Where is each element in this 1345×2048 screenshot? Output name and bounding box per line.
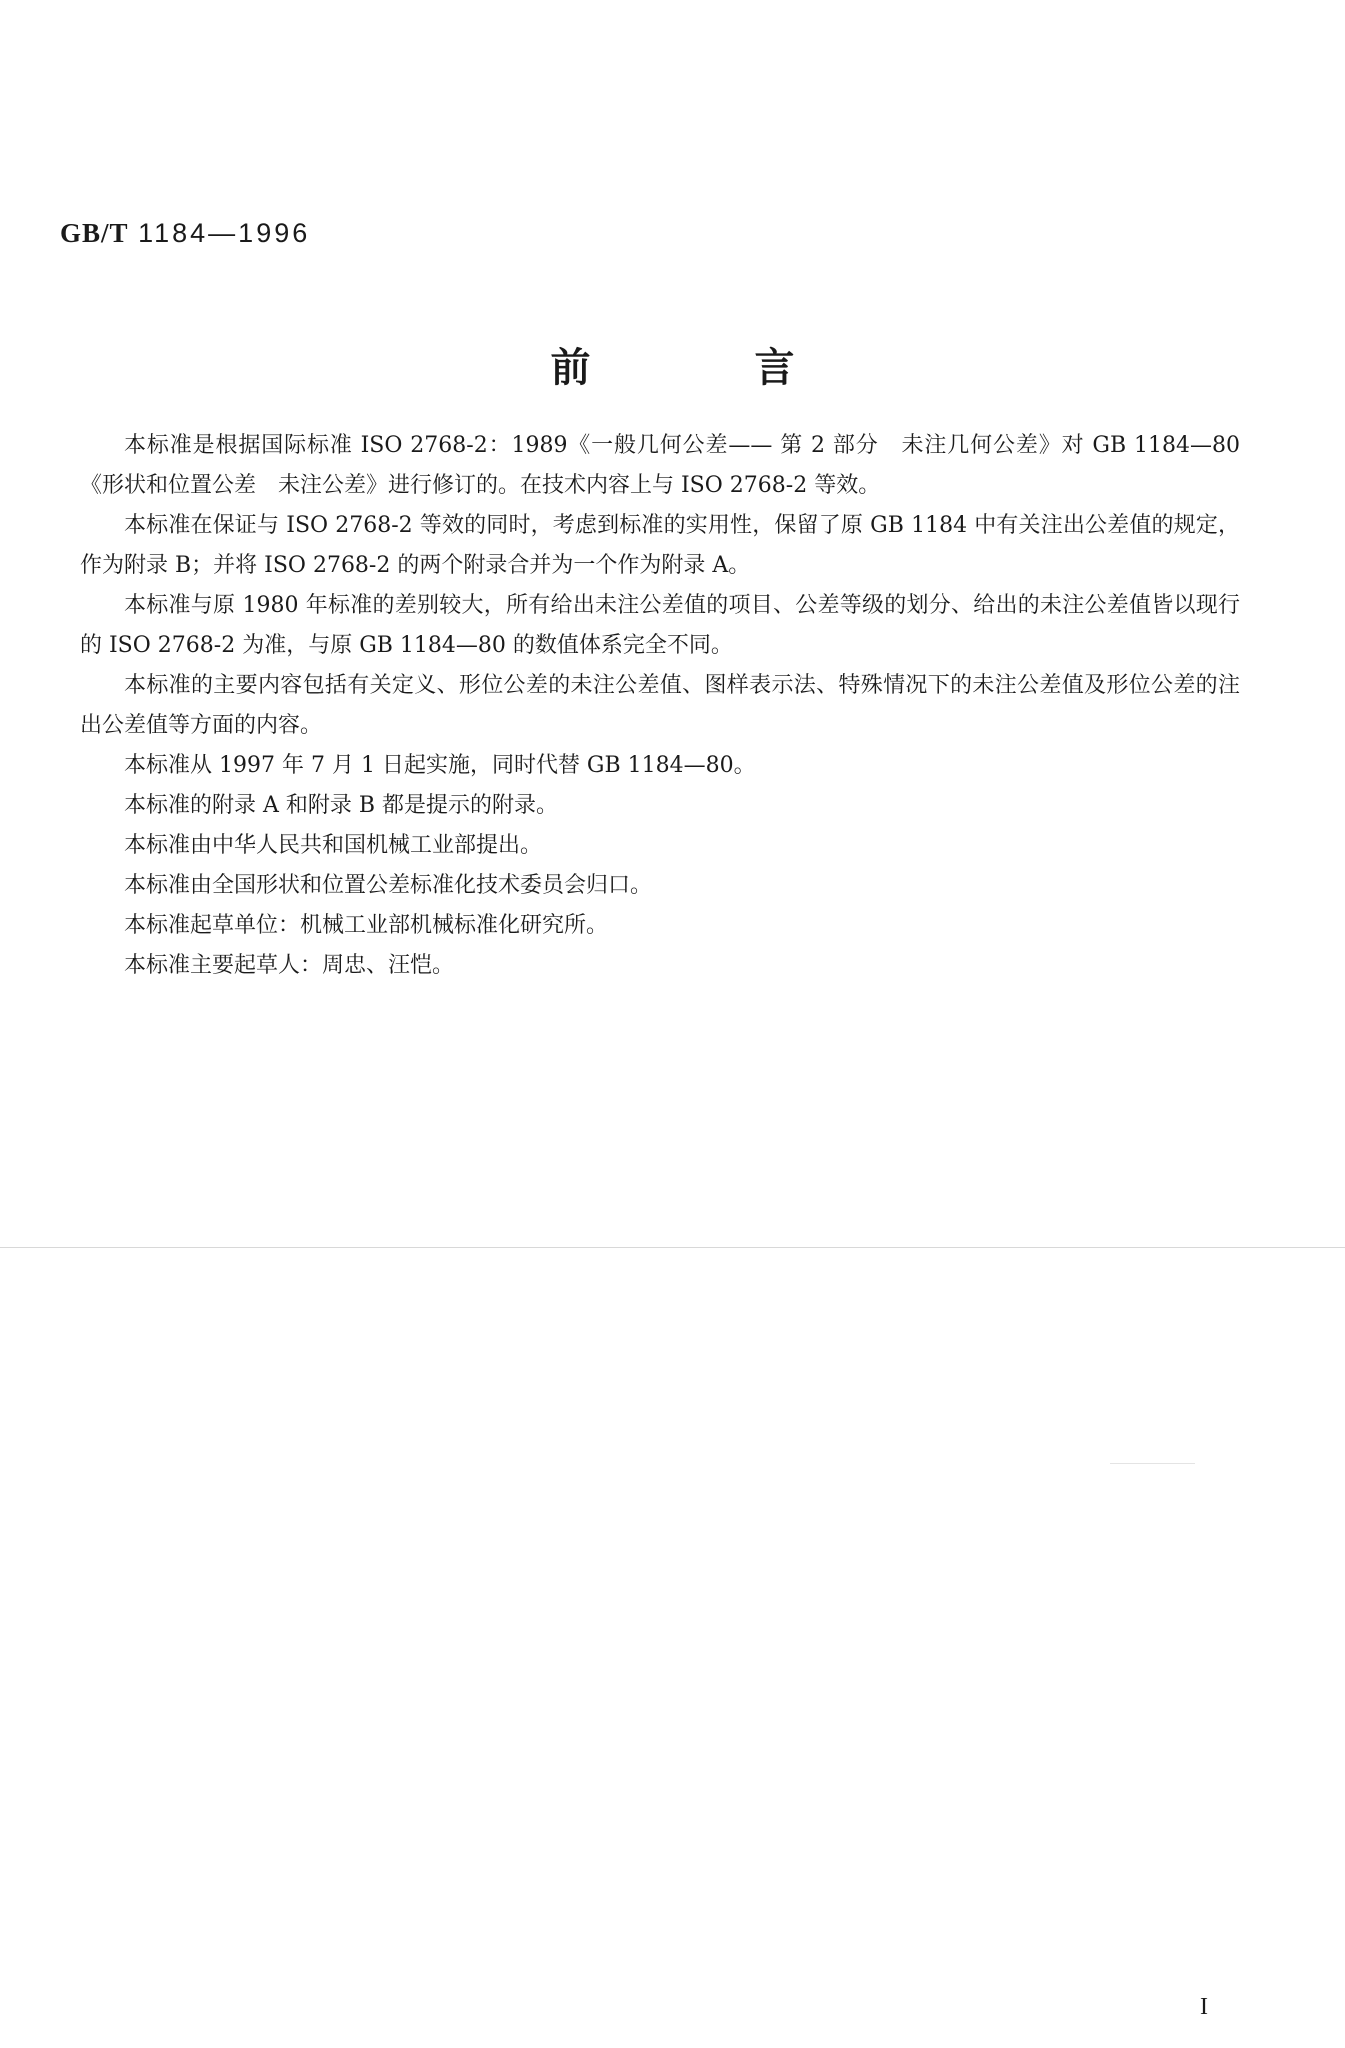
title-char-1: 前	[551, 336, 591, 393]
scan-fold-line	[0, 1247, 1345, 1248]
title-char-2: 言	[755, 336, 795, 393]
page-title: 前言	[0, 336, 1345, 393]
paragraph: 本标准在保证与 ISO 2768-2 等效的同时，考虑到标准的实用性，保留了原 …	[80, 506, 1240, 586]
paragraph: 本标准的主要内容包括有关定义、形位公差的未注公差值、图样表示法、特殊情况下的未注…	[80, 666, 1240, 746]
paragraph: 本标准与原 1980 年标准的差别较大，所有给出未注公差值的项目、公差等级的划分…	[80, 586, 1240, 666]
paragraph: 本标准从 1997 年 7 月 1 日起实施，同时代替 GB 1184—80。	[80, 746, 1240, 786]
foreword-body: 本标准是根据国际标准 ISO 2768-2：1989《一般几何公差—— 第 2 …	[80, 426, 1240, 986]
paragraph: 本标准是根据国际标准 ISO 2768-2：1989《一般几何公差—— 第 2 …	[80, 426, 1240, 506]
standard-number: 1184—1996	[138, 218, 310, 248]
scan-artifact	[1110, 1463, 1195, 1464]
paragraph: 本标准起草单位：机械工业部机械标准化研究所。	[80, 906, 1240, 946]
paragraph: 本标准由全国形状和位置公差标准化技术委员会归口。	[80, 866, 1240, 906]
paragraph: 本标准主要起草人：周忠、汪恺。	[80, 946, 1240, 986]
paragraph: 本标准由中华人民共和国机械工业部提出。	[80, 826, 1240, 866]
standard-code: GB/T 1184—1996	[60, 218, 310, 249]
page-number: I	[1200, 1994, 1208, 2021]
paragraph: 本标准的附录 A 和附录 B 都是提示的附录。	[80, 786, 1240, 826]
standard-prefix: GB/T	[60, 218, 129, 248]
